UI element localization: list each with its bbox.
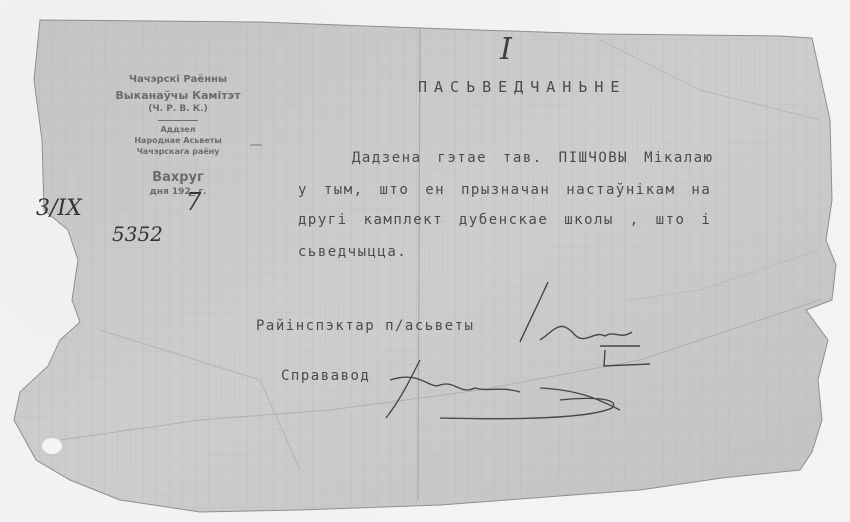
stamp-line: (Ч. Р. В. К.) bbox=[108, 104, 248, 114]
signature-role-inspector: Райінспэктар п/асьветы bbox=[256, 318, 474, 334]
body-line-1: Дадзена гэтае тав. ПІШЧОВЫ Мікалаю bbox=[352, 150, 714, 166]
stamp-line: Чачэрскі Раённы bbox=[108, 74, 248, 85]
document-title: ПАСЬВЕДЧАНЬНЕ bbox=[418, 78, 626, 96]
stamp-line: Народнае Асьветы bbox=[108, 136, 248, 145]
stamp-line: Выканаўчы Камітэт bbox=[108, 89, 248, 102]
office-stamp: Чачэрскі Раённы Выканаўчы Камітэт (Ч. Р.… bbox=[108, 72, 248, 197]
stamp-divider bbox=[158, 120, 198, 121]
handwritten-date-day: 7 bbox=[186, 188, 201, 216]
stamp-line: Чачэрскага раёну bbox=[108, 147, 248, 156]
body-line-3: другі камплект дубенскае школы , што і bbox=[298, 212, 711, 228]
signature-role-clerk: Справавод bbox=[281, 368, 370, 384]
page-marker: I bbox=[500, 32, 512, 67]
stamp-line: Аддзел bbox=[108, 125, 248, 134]
handwritten-number: 5352 bbox=[112, 222, 163, 246]
body-line-2: у тым, што ен прызначан настаўнікам на bbox=[298, 182, 711, 198]
stamp-line: Вахруг bbox=[108, 170, 248, 185]
handwritten-registration: 3/ІХ bbox=[36, 196, 82, 221]
body-line-4: сьведчыцца. bbox=[298, 244, 407, 260]
stamp-line: дня 192_ г. bbox=[108, 187, 248, 197]
